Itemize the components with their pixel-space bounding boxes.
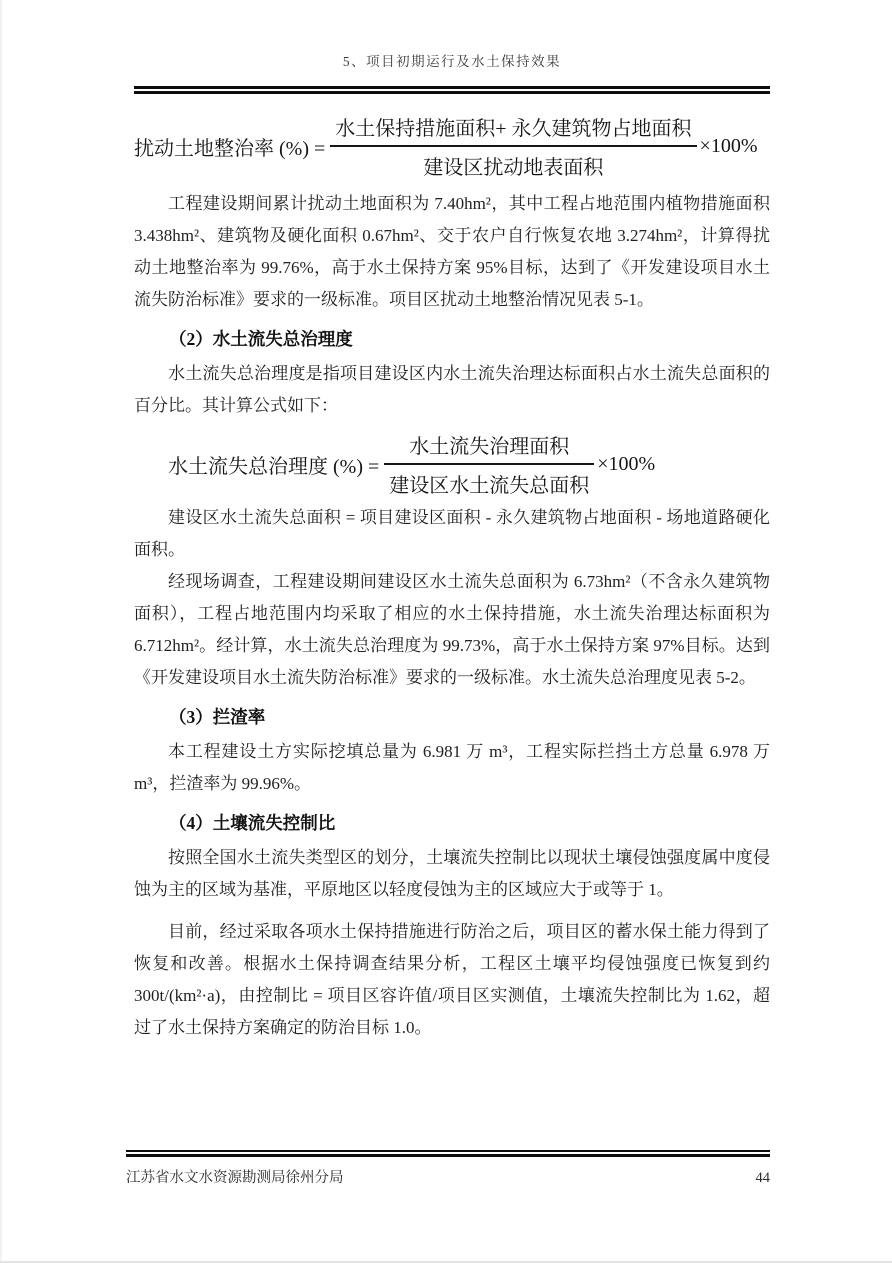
document-page: 5、项目初期运行及水土保持效果 扰动土地整治率 (%) = 水土保持措施面积+ … (0, 0, 892, 1263)
formula-numerator: 水土流失治理面积 (384, 430, 594, 465)
formula-multiplier: ×100% (700, 135, 758, 158)
paragraph-soil-loss-control-result: 目前，经过采取各项水土保持措施进行防治之后，项目区的蓄水保土能力得到了恢复和改善… (134, 916, 770, 1044)
heading-erosion-control-degree: （2）水土流失总治理度 (134, 326, 770, 352)
paragraph-site-survey-results: 经现场调查，工程建设期间建设区水土流失总面积为 6.73hm²（不含永久建筑物面… (134, 566, 770, 694)
formula-multiplier: ×100% (597, 453, 655, 476)
header-rule (134, 86, 770, 94)
paragraph-debris-retention-stats: 本工程建设土方实际挖填总量为 6.981 万 m³，工程实际拦挡土方总量 6.9… (134, 736, 770, 800)
footer-page-number: 44 (756, 1170, 771, 1187)
formula-erosion-control-degree: 水土流失总治理度 (%) = 水土流失治理面积 建设区水土流失总面积 ×100% (168, 430, 770, 498)
formula-lhs: 扰动土地整治率 (%) = (134, 132, 325, 161)
heading-soil-loss-control-ratio: （4）土壤流失控制比 (134, 810, 770, 836)
footer-rule (126, 1150, 770, 1157)
paragraph-total-erosion-area-equation: 建设区水土流失总面积 = 项目建设区面积 - 永久建筑物占地面积 - 场地道路硬… (134, 502, 770, 566)
page-body: 5、项目初期运行及水土保持效果 扰动土地整治率 (%) = 水土保持措施面积+ … (134, 0, 770, 1044)
footer-row: 江苏省水文水资源勘测局徐州分局 44 (126, 1166, 770, 1187)
heading-debris-retention-rate: （3）拦渣率 (134, 704, 770, 730)
formula-disturbed-land-rehab-rate: 扰动土地整治率 (%) = 水土保持措施面积+ 永久建筑物占地面积 建设区扰动地… (134, 112, 770, 180)
running-header-title: 5、项目初期运行及水土保持效果 (134, 0, 770, 70)
formula-fraction: 水土保持措施面积+ 永久建筑物占地面积 建设区扰动地表面积 (330, 112, 696, 180)
page-footer: 江苏省水文水资源勘测局徐州分局 44 (126, 1150, 770, 1187)
formula-numerator: 水土保持措施面积+ 永久建筑物占地面积 (330, 112, 696, 147)
paragraph-soil-loss-control-baseline: 按照全国水土流失类型区的划分，土壤流失控制比以现状土壤侵蚀强度属中度侵蚀为主的区… (134, 842, 770, 906)
paragraph-erosion-control-definition: 水土流失总治理度是指项目建设区内水土流失治理达标面积占水土流失总面积的百分比。其… (134, 358, 770, 422)
formula-lhs: 水土流失总治理度 (%) = (168, 450, 379, 479)
paragraph-disturbed-land-stats: 工程建设期间累计扰动土地面积为 7.40hm²，其中工程占地范围内植物措施面积 … (134, 188, 770, 316)
formula-fraction: 水土流失治理面积 建设区水土流失总面积 (384, 430, 594, 498)
footer-organization: 江苏省水文水资源勘测局徐州分局 (126, 1166, 344, 1187)
formula-denominator: 建设区扰动地表面积 (330, 147, 696, 180)
formula-denominator: 建设区水土流失总面积 (384, 465, 594, 498)
